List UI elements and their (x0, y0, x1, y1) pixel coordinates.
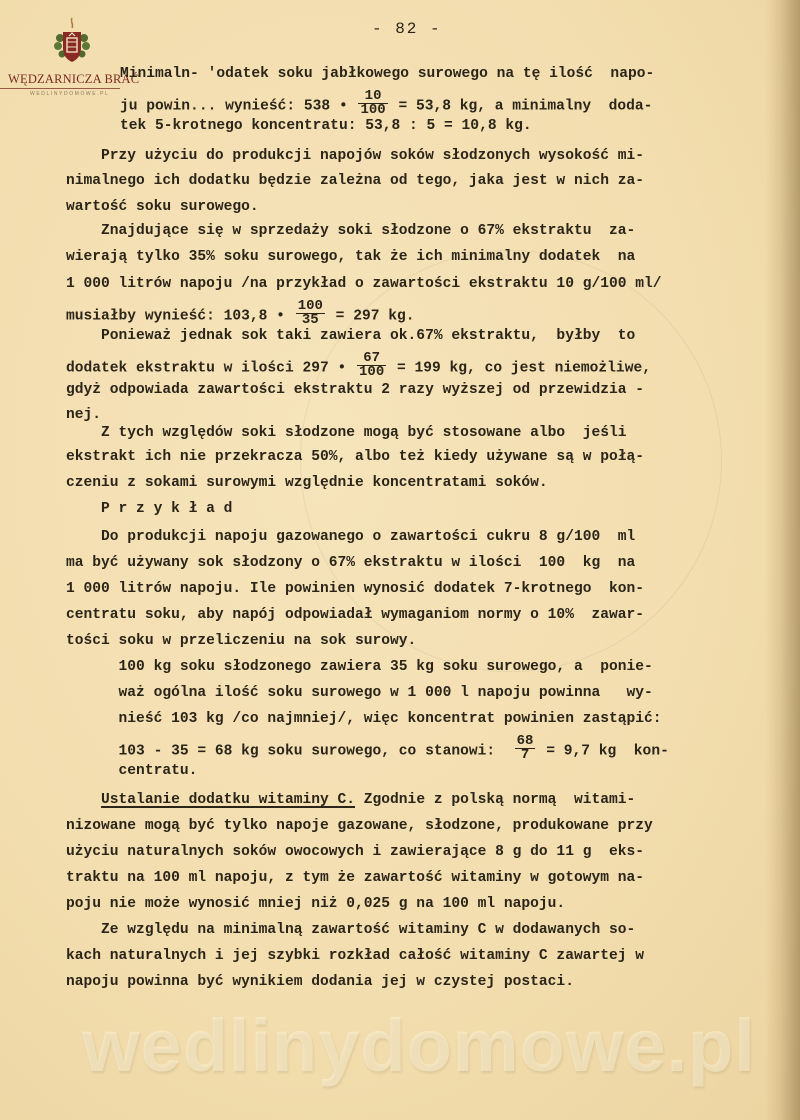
text-segment: P r z y k ł a d (66, 501, 232, 517)
text-segment: tek 5-krotnego koncentratu: 53,8 : 5 = 1… (120, 118, 532, 134)
text-segment: Przy użyciu do produkcji napojów soków s… (66, 148, 644, 164)
fraction: 687 (515, 735, 536, 762)
text-segment: nimalnego ich dodatku będzie zależna od … (66, 173, 644, 189)
fraction-denominator: 100 (358, 104, 387, 117)
text-segment: = 199 kg, co jest niemożliwe, (388, 360, 651, 376)
text-segment: nieść 103 kg /co najmniej/, więc koncent… (66, 711, 662, 727)
text-line: musiałby wynieść: 103,8 • 10035 = 297 kg… (66, 302, 415, 329)
document-page: WĘDZARNICZA BRAĆ WEDLINYDOMOWE.PL - 82 -… (0, 0, 800, 1120)
text-line: ekstrakt ich nie przekracza 50%, albo te… (66, 449, 644, 465)
text-line: użyciu naturalnych soków owocowych i zaw… (66, 844, 644, 860)
text-segment: poju nie może wynosić mniej niż 0,025 g … (66, 896, 565, 912)
text-segment: 100 kg soku słodzonego zawiera 35 kg sok… (66, 659, 653, 675)
fraction-denominator: 100 (357, 366, 386, 379)
text-segment: 1 000 litrów napoju /na przykład o zawar… (66, 276, 662, 292)
fraction: 10100 (358, 90, 387, 117)
text-line: 103 - 35 = 68 kg soku surowego, co stano… (66, 737, 669, 764)
text-line: wartość soku surowego. (66, 199, 259, 215)
text-line: Minimaln- 'odatek soku jabłkowego surowe… (120, 66, 654, 82)
text-segment: kach naturalnych i jej szybki rozkład ca… (66, 948, 644, 964)
crest-icon (52, 16, 92, 64)
text-segment: nej. (66, 407, 101, 423)
text-segment: centratu. (66, 763, 197, 779)
text-line: tości soku w przeliczeniu na sok surowy. (66, 633, 416, 649)
text-segment: 103 - 35 = 68 kg soku surowego, co stano… (66, 743, 513, 759)
text-line: nizowane mogą być tylko napoje gazowane,… (66, 818, 653, 834)
text-line: ju powin... wynieść: 538 • 10100 = 53,8 … (120, 92, 652, 119)
text-line: traktu na 100 ml napoju, z tym że zawart… (66, 870, 644, 886)
fraction: 67100 (357, 352, 386, 379)
text-line: nimalnego ich dodatku będzie zależna od … (66, 173, 644, 189)
text-segment: Znajdujące się w sprzedaży soki słodzone… (66, 223, 635, 239)
text-line: napoju powinna być wynikiem dodania jej … (66, 974, 574, 990)
text-segment: centratu soku, aby napój odpowiadał wyma… (66, 607, 644, 623)
text-segment: gdyż odpowiada zawartości ekstraktu 2 ra… (66, 382, 644, 398)
text-segment: nizowane mogą być tylko napoje gazowane,… (66, 818, 653, 834)
text-line: poju nie może wynosić mniej niż 0,025 g … (66, 896, 565, 912)
text-segment: ju powin... wynieść: 538 • (120, 98, 356, 114)
text-line: 100 kg soku słodzonego zawiera 35 kg sok… (66, 659, 653, 675)
text-segment: wartość soku surowego. (66, 199, 259, 215)
text-segment: wierają tylko 35% soku surowego, tak że … (66, 249, 635, 265)
text-segment: Ponieważ jednak sok taki zawiera ok.67% … (66, 328, 635, 344)
text-segment: = 297 kg. (327, 308, 415, 324)
section-heading: Ustalanie dodatku witaminy C. (101, 792, 355, 808)
text-segment: tości soku w przeliczeniu na sok surowy. (66, 633, 416, 649)
text-line: kach naturalnych i jej szybki rozkład ca… (66, 948, 644, 964)
text-segment: Z tych względów soki słodzone mogą być s… (66, 425, 627, 441)
text-line: Ustalanie dodatku witaminy C. Zgodnie z … (66, 792, 635, 808)
text-segment (66, 792, 101, 808)
text-segment: Minimaln- 'odatek soku jabłkowego surowe… (120, 66, 654, 82)
text-line: centratu. (66, 763, 197, 779)
text-line: nej. (66, 407, 101, 423)
text-segment: ma być używany sok słodzony o 67% ekstra… (66, 555, 635, 571)
text-segment: = 9,7 kg kon- (537, 743, 668, 759)
text-segment: 1 000 litrów napoju. Ile powinien wynosi… (66, 581, 644, 597)
text-segment: traktu na 100 ml napoju, z tym że zawart… (66, 870, 644, 886)
watermark: wedlinydomowe.pl (82, 1003, 756, 1088)
text-line: waż ogólna ilość soku surowego w 1 000 l… (66, 685, 653, 701)
text-line: Znajdujące się w sprzedaży soki słodzone… (66, 223, 635, 239)
text-line: dodatek ekstraktu w ilości 297 • 67100 =… (66, 354, 651, 381)
fraction-denominator: 35 (296, 314, 325, 327)
text-line: ma być używany sok słodzony o 67% ekstra… (66, 555, 635, 571)
text-line: Przy użyciu do produkcji napojów soków s… (66, 148, 644, 164)
text-line: wierają tylko 35% soku surowego, tak że … (66, 249, 635, 265)
text-line: 1 000 litrów napoju /na przykład o zawar… (66, 276, 662, 292)
logo-divider (0, 88, 120, 89)
logo-url: WEDLINYDOMOWE.PL (30, 91, 110, 97)
text-segment: Zgodnie z polską normą witami- (355, 792, 635, 808)
fraction: 10035 (296, 300, 325, 327)
text-segment: użyciu naturalnych soków owocowych i zaw… (66, 844, 644, 860)
page-number: - 82 - (372, 20, 442, 38)
text-segment: napoju powinna być wynikiem dodania jej … (66, 974, 574, 990)
text-segment: waż ogólna ilość soku surowego w 1 000 l… (66, 685, 653, 701)
text-line: Z tych względów soki słodzone mogą być s… (66, 425, 627, 441)
text-segment: Ze względu na minimalną zawartość witami… (66, 922, 635, 938)
text-line: P r z y k ł a d (66, 501, 232, 517)
text-line: 1 000 litrów napoju. Ile powinien wynosi… (66, 581, 644, 597)
text-line: czeniu z sokami surowymi względnie konce… (66, 475, 548, 491)
text-segment: czeniu z sokami surowymi względnie konce… (66, 475, 548, 491)
text-line: centratu soku, aby napój odpowiadał wyma… (66, 607, 644, 623)
text-segment: musiałby wynieść: 103,8 • (66, 308, 294, 324)
text-line: nieść 103 kg /co najmniej/, więc koncent… (66, 711, 662, 727)
text-segment: Do produkcji napoju gazowanego o zawarto… (66, 529, 635, 545)
text-segment: dodatek ekstraktu w ilości 297 • (66, 360, 355, 376)
text-segment: ekstrakt ich nie przekracza 50%, albo te… (66, 449, 644, 465)
text-line: gdyż odpowiada zawartości ekstraktu 2 ra… (66, 382, 644, 398)
text-line: Ponieważ jednak sok taki zawiera ok.67% … (66, 328, 635, 344)
fraction-denominator: 7 (515, 749, 536, 762)
text-line: Ze względu na minimalną zawartość witami… (66, 922, 635, 938)
text-line: Do produkcji napoju gazowanego o zawarto… (66, 529, 635, 545)
text-segment: = 53,8 kg, a minimalny doda- (390, 98, 653, 114)
text-line: tek 5-krotnego koncentratu: 53,8 : 5 = 1… (120, 118, 532, 134)
logo[interactable]: WĘDZARNICZA BRAĆ WEDLINYDOMOWE.PL (0, 8, 140, 98)
